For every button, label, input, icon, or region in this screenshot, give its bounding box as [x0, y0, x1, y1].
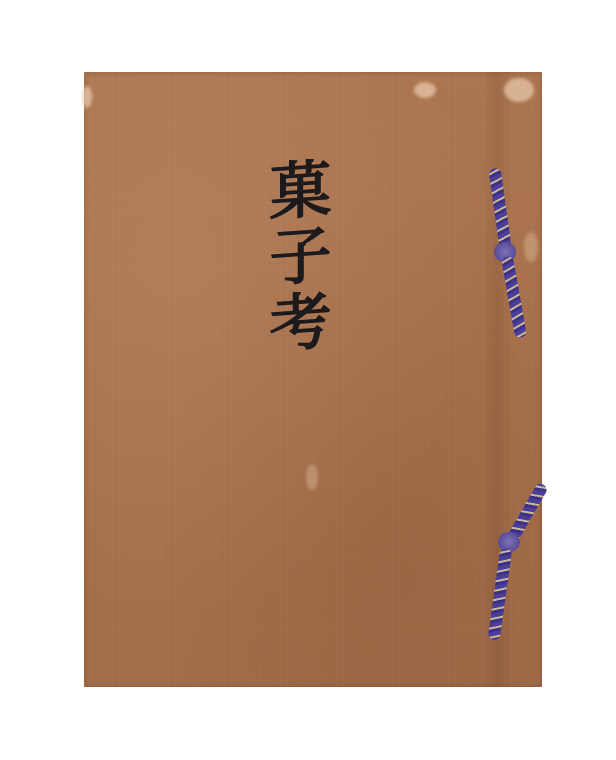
corner-wear — [504, 78, 534, 102]
edge-wear — [524, 232, 538, 262]
cover-title: 菓子考 — [260, 156, 330, 359]
smudge — [306, 464, 318, 490]
edge-wear — [414, 82, 436, 98]
book-cover: 菓子考 — [84, 72, 542, 687]
corner-wear — [82, 86, 92, 108]
